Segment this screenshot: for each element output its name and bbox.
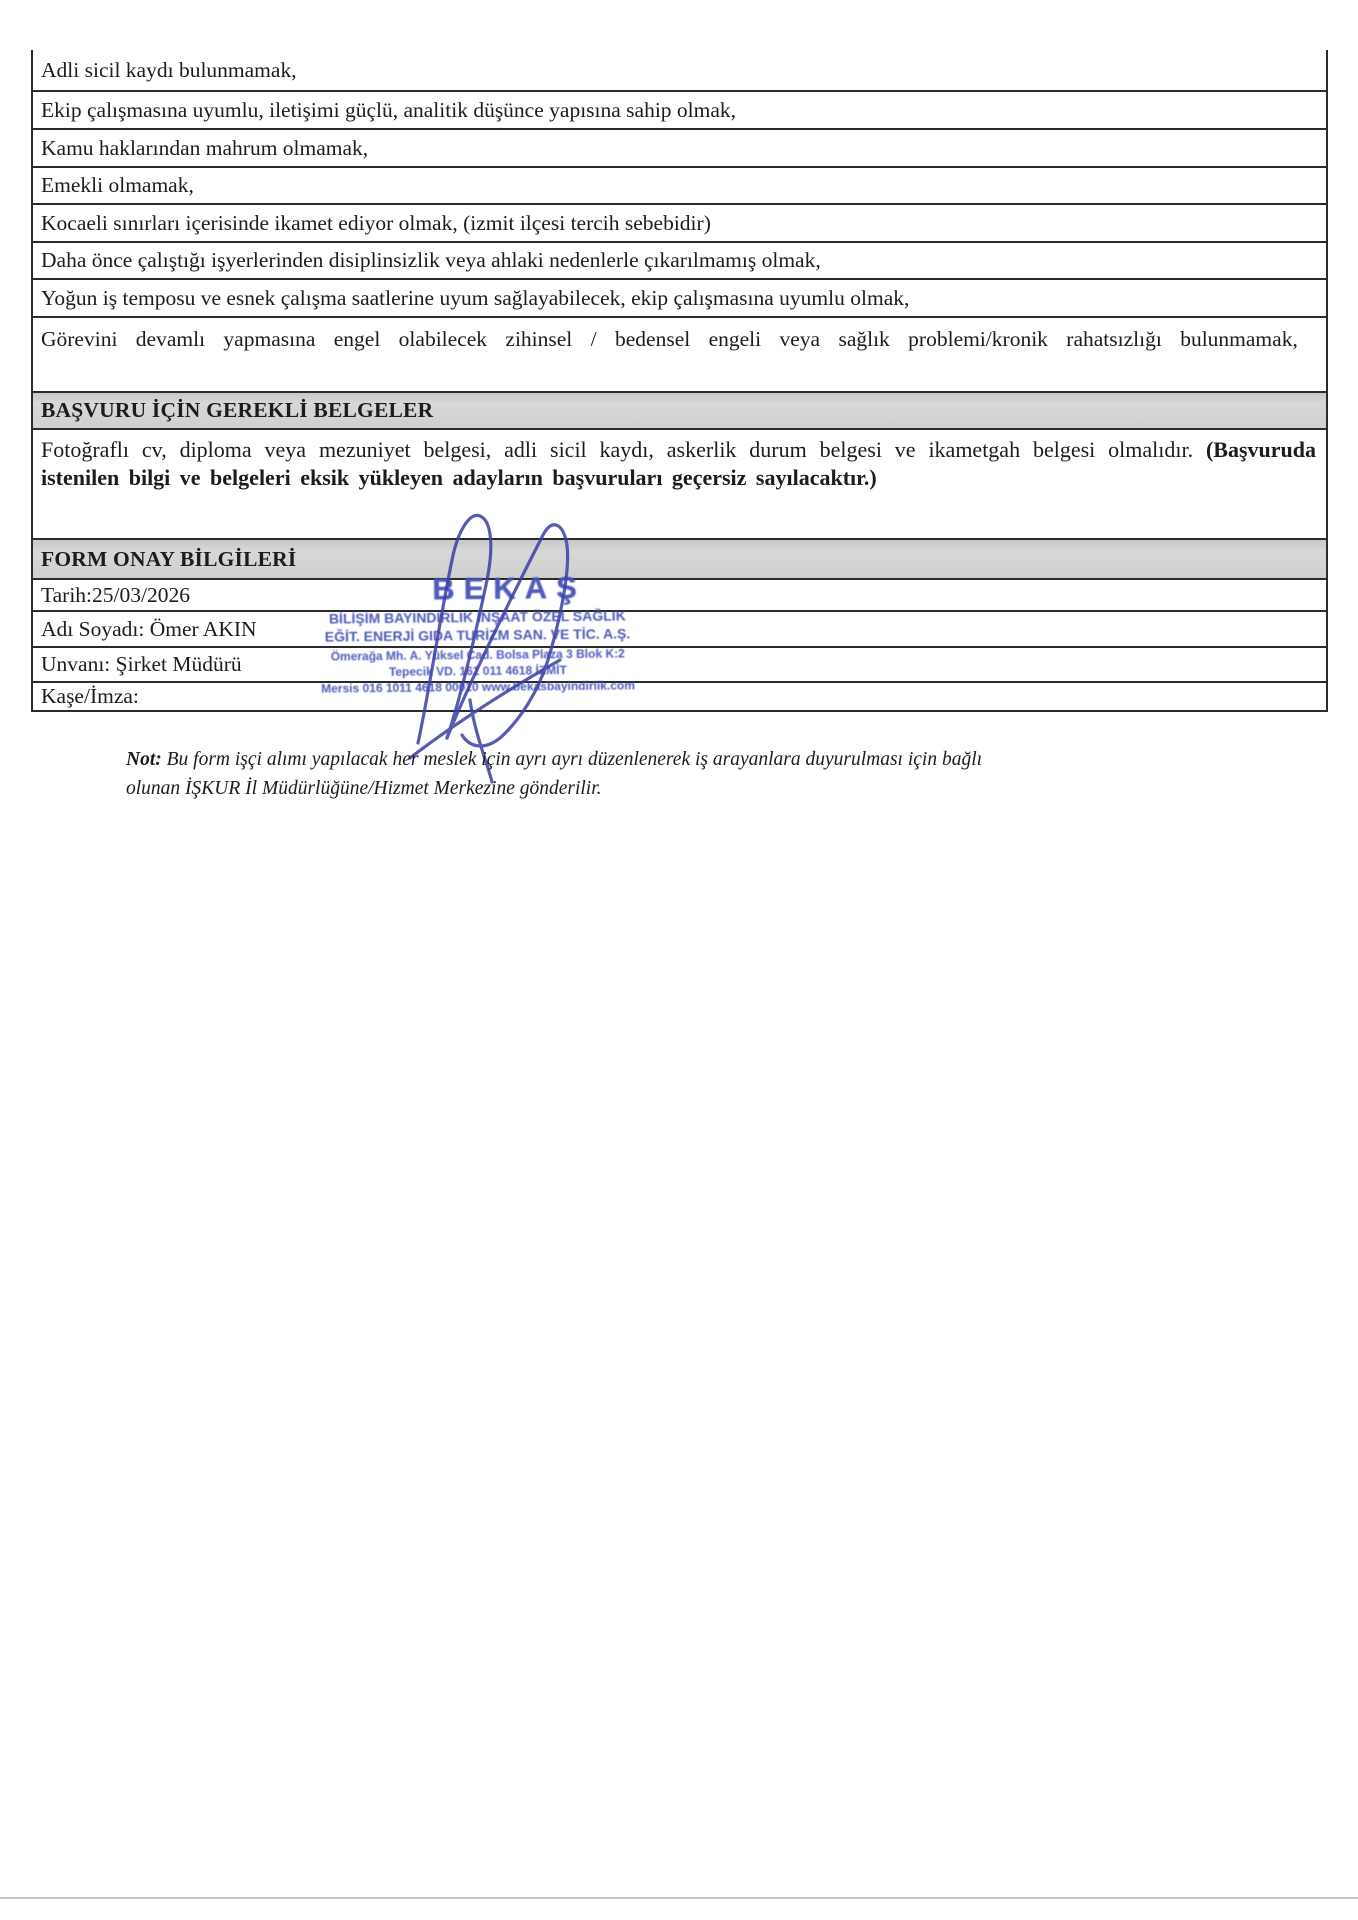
requirement-row: Adli sicil kaydı bulunmamak, [33,50,1326,92]
requirement-text: Görevini devamlı yapmasına engel olabile… [41,327,1298,351]
requirement-row: Ekip çalışmasına uyumlu, iletişimi güçlü… [33,92,1326,130]
section-header-text: FORM ONAY BİLGİLERİ [41,546,296,573]
scan-artifact-line [0,1897,1358,1899]
approval-row-adi-soyadi: Adı Soyadı: Ömer AKIN [33,612,1326,648]
approval-row-tarih: Tarih:25/03/2026 [33,580,1326,612]
requirement-text: Adli sicil kaydı bulunmamak, [41,57,297,84]
requirement-text: Kamu haklarından mahrum olmamak, [41,135,368,162]
requirement-text: Ekip çalışmasına uyumlu, iletişimi güçlü… [41,97,736,124]
requirement-row: Emekli olmamak, [33,168,1326,205]
application-form-table: Adli sicil kaydı bulunmamak, Ekip çalışm… [31,50,1328,712]
requirement-row: Kocaeli sınırları içerisinde ikamet ediy… [33,205,1326,243]
section-header-belgeler: BAŞVURU İÇİN GEREKLİ BELGELER [33,393,1326,430]
requirement-text: Kocaeli sınırları içerisinde ikamet ediy… [41,210,711,237]
section-header-text: BAŞVURU İÇİN GEREKLİ BELGELER [41,397,433,424]
requirement-text: Yoğun iş temposu ve esnek çalışma saatle… [41,285,909,312]
documents-paragraph-row: Fotoğraflı cv, diploma veya mezuniyet be… [33,430,1326,540]
note-text: Bu form işçi alımı yapılacak her meslek … [126,749,982,799]
requirement-row: Kamu haklarından mahrum olmamak, [33,130,1326,168]
section-header-onay: FORM ONAY BİLGİLERİ [33,540,1326,580]
documents-text: Fotoğraflı cv, diploma veya mezuniyet be… [41,437,1206,462]
requirement-text: Emekli olmamak, [41,172,194,199]
approval-row-unvani: Unvanı: Şirket Müdürü [33,648,1326,683]
approval-field-text: Kaşe/İmza: [41,683,139,710]
footer-note: Not: Bu form işçi alımı yapılacak her me… [126,746,998,803]
approval-field-text: Adı Soyadı: Ömer AKIN [41,616,257,643]
note-label: Not: [126,749,162,770]
approval-field-text: Unvanı: Şirket Müdürü [41,651,242,678]
approval-row-kase-imza: Kaşe/İmza: [33,683,1326,712]
requirement-row: Görevini devamlı yapmasına engel olabile… [33,318,1326,393]
requirement-row: Yoğun iş temposu ve esnek çalışma saatle… [33,280,1326,318]
approval-field-text: Tarih:25/03/2026 [41,582,190,609]
requirement-row: Daha önce çalıştığı işyerlerinden disipl… [33,243,1326,280]
requirement-text: Daha önce çalıştığı işyerlerinden disipl… [41,247,821,274]
